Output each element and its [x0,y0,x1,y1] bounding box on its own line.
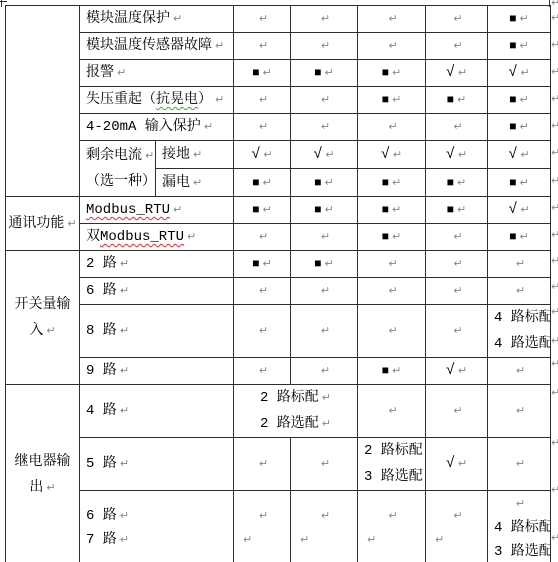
matrix-cell[interactable]: ↵ [291,278,358,305]
row-end-mark-icon: ↵ [551,357,558,371]
paragraph-mark-icon: ↵ [519,87,528,113]
paragraph-mark-icon: ↵ [243,528,252,552]
matrix-cell[interactable]: ↵ [488,278,551,305]
label-text: 4 路 [86,398,117,424]
label-text: 4 路选配 [494,331,551,357]
paragraph-mark-icon: ↵ [193,142,202,168]
filled-square-icon: ■ [314,204,321,216]
check-mark-icon: √ [446,451,455,477]
label-text: 接地 [162,142,190,168]
paragraph-mark-icon: ↵ [516,451,525,477]
feature-cell-leakage[interactable]: 漏电↵ [156,169,234,197]
matrix-cell[interactable]: ↵ [426,6,488,33]
matrix-cell[interactable]: ↵ [358,114,426,141]
matrix-cell[interactable]: ↵ [234,224,291,251]
paragraph-mark-icon: ↵ [145,143,154,169]
section-cell-switch-input[interactable]: 开关量输入↵ [6,251,80,385]
paragraph-mark-icon: ↵ [453,6,462,32]
paragraph-mark-icon: ↵ [173,6,182,32]
matrix-cell[interactable]: ↵ [426,224,488,251]
matrix-cell[interactable]: ↵ [234,33,291,60]
matrix-cell[interactable]: ■↵ [291,251,358,278]
paragraph-mark-icon: ↵ [516,398,525,424]
paragraph-mark-icon: ↵ [259,504,268,528]
matrix-cell[interactable]: ↵ [291,305,358,358]
label-text: 漏电 [162,170,190,196]
matrix-cell[interactable]: √↵ [488,60,551,87]
paragraph-mark-icon: ↵ [120,278,129,304]
matrix-cell[interactable]: ↵ [291,33,358,60]
paragraph-mark-icon: ↵ [392,170,401,196]
matrix-cell[interactable]: ↵ [358,251,426,278]
paragraph-mark-icon: ↵ [300,528,309,552]
feature-cell-alarm[interactable]: 报警↵ [80,60,234,87]
paragraph-mark-icon: ↵ [120,398,129,424]
paragraph-mark-icon: ↵ [321,33,330,59]
feature-cell-modbus-rtu[interactable]: Modbus_RTU↵ [80,197,234,224]
paragraph-mark-icon: ↵ [520,60,529,86]
label-text: 开关量输 [15,292,71,318]
paragraph-mark-icon: ↵ [173,197,182,223]
paragraph-mark-icon: ↵ [46,318,55,344]
paragraph-mark-icon: ↵ [392,197,401,223]
paragraph-mark-icon: ↵ [321,114,330,140]
paragraph-mark-icon: ↵ [321,451,330,477]
matrix-cell[interactable]: ■↵ [358,197,426,224]
row-end-mark-icon: ↵ [551,436,558,450]
paragraph-mark-icon: ↵ [453,504,462,528]
matrix-cell[interactable]: ↵ [291,6,358,33]
feature-comparison-table: 模块温度保护↵ ↵ ↵ ↵ ↵ ■↵ 模块温度传感器故障↵ ↵ ↵ ↵ ↵ ■↵… [5,5,551,562]
matrix-cell[interactable]: √↵ [426,438,488,491]
filled-square-icon: ■ [509,94,516,106]
matrix-cell[interactable]: √↵ [426,141,488,169]
paragraph-mark-icon: ↵ [259,114,268,140]
crop-artifact [0,1,7,2]
row-end-mark-icon: ↵ [551,305,558,319]
label-text: 3 路选配 [364,464,423,490]
matrix-cell[interactable]: ↵↵ [234,491,291,562]
paragraph-mark-icon: ↵ [457,87,466,113]
paragraph-mark-icon: ↵ [324,170,333,196]
label-text: 入 [29,318,43,344]
filled-square-icon: ■ [252,204,259,216]
paragraph-mark-icon: ↵ [458,60,467,86]
paragraph-mark-icon: ↵ [321,318,330,344]
matrix-cell[interactable]: √↵ [426,60,488,87]
matrix-cell[interactable]: ↵ [358,6,426,33]
filled-square-icon: ■ [509,13,516,25]
filled-square-icon: ■ [509,40,516,52]
row-end-mark-icon: ↵ [551,228,558,242]
paragraph-mark-icon: ↵ [46,475,55,501]
matrix-cell[interactable]: ↵ [358,278,426,305]
filled-square-icon: ■ [314,67,321,79]
check-mark-icon: √ [508,197,517,223]
paragraph-mark-icon: ↵ [215,33,224,59]
feature-cell-di-2ch[interactable]: 2 路↵ [80,251,234,278]
row-end-mark-icon: ↵ [551,174,558,188]
feature-cell-voltage-loss-restart[interactable]: 失压重起（抗晃电）↵ [80,87,234,114]
matrix-cell[interactable]: ■↵ [291,60,358,87]
filled-square-icon: ■ [252,258,259,270]
matrix-cell[interactable]: ↵ [291,224,358,251]
misspelled-text: Modbus_RTU [100,224,184,250]
feature-cell-dual-modbus-rtu[interactable]: 双 Modbus_RTU↵ [80,224,234,251]
label-text: 2 路标配 [364,438,423,464]
row-end-mark-icon: ↵ [551,92,558,106]
paragraph-mark-icon: ↵ [458,451,467,477]
paragraph-mark-icon: ↵ [262,60,271,86]
paragraph-mark-icon: ↵ [259,451,268,477]
paragraph-mark-icon: ↵ [519,6,528,32]
paragraph-mark-icon: ↵ [259,358,268,384]
matrix-cell[interactable]: √↵ [488,197,551,224]
paragraph-mark-icon: ↵ [388,114,397,140]
matrix-cell[interactable]: ↵ [358,385,426,438]
paragraph-mark-icon: ↵ [516,251,525,277]
feature-cell-module-temp-sensor-fault[interactable]: 模块温度传感器故障↵ [80,33,234,60]
matrix-cell[interactable]: ↵ [234,438,291,491]
paragraph-mark-icon: ↵ [392,358,401,384]
paragraph-mark-icon: ↵ [453,33,462,59]
matrix-cell[interactable]: ↵ [358,33,426,60]
matrix-cell[interactable]: ■↵ [234,169,291,197]
filled-square-icon: ■ [314,177,321,189]
paragraph-mark-icon: ↵ [187,224,196,250]
row-end-mark-icon: ↵ [551,201,558,215]
label-text: 9 路 [86,358,117,384]
matrix-cell[interactable]: ■↵ [358,60,426,87]
matrix-cell[interactable]: ↵ [291,87,358,114]
matrix-cell[interactable]: ■↵ [488,114,551,141]
filled-square-icon: ■ [382,67,389,79]
section-cell-communication[interactable]: 通讯功能↵ [6,197,80,251]
paragraph-mark-icon: ↵ [453,114,462,140]
check-mark-icon: √ [313,142,322,168]
paragraph-mark-icon: ↵ [392,224,401,250]
paragraph-mark-icon: ↵ [519,224,528,250]
matrix-cell[interactable]: ↵ [234,278,291,305]
paragraph-mark-icon: ↵ [388,278,397,304]
label-text: 继电器输 [15,449,71,475]
matrix-cell[interactable]: ■↵ [358,358,426,385]
matrix-cell[interactable]: ↵↵ [358,491,426,562]
paragraph-mark-icon: ↵ [435,528,444,552]
matrix-cell[interactable]: ↵ [488,385,551,438]
paragraph-mark-icon: ↵ [324,197,333,223]
filled-square-icon: ■ [382,204,389,216]
filled-square-icon: ■ [509,121,516,133]
paragraph-mark-icon: ↵ [388,33,397,59]
filled-square-icon: ■ [252,67,259,79]
paragraph-mark-icon: ↵ [324,251,333,277]
paragraph-mark-icon: ↵ [262,170,271,196]
paragraph-mark-icon: ↵ [321,504,330,528]
filled-square-icon: ■ [509,177,516,189]
matrix-cell[interactable]: ↵ [234,114,291,141]
paragraph-mark-icon: ↵ [367,528,376,552]
matrix-cell[interactable]: ■↵ [426,169,488,197]
paragraph-mark-icon: ↵ [388,251,397,277]
matrix-cell[interactable]: ↵ [291,114,358,141]
paragraph-mark-icon: ↵ [259,318,268,344]
paragraph-mark-icon: ↵ [393,142,402,168]
label-text: 模块温度保护 [86,6,170,32]
matrix-cell[interactable]: ↵4 路标配↵3 路选配↵ [488,491,551,562]
paragraph-mark-icon: ↵ [516,492,525,516]
matrix-cell[interactable]: ■↵ [488,87,551,114]
check-mark-icon: √ [446,142,455,168]
matrix-cell[interactable]: ■↵ [358,87,426,114]
paragraph-mark-icon: ↵ [388,398,397,424]
row-end-mark-icon: ↵ [551,0,558,10]
paragraph-mark-icon: ↵ [458,358,467,384]
feature-cell-4-20ma-input-protection[interactable]: 4-20mA 输入保护↵ [80,114,234,141]
label-text: 4 路标配 [494,516,551,540]
feature-cell-di-9ch[interactable]: 9 路↵ [80,358,234,385]
label-text: 3 路选配 [494,540,551,562]
paragraph-mark-icon: ↵ [259,278,268,304]
filled-square-icon: ■ [447,177,454,189]
paragraph-mark-icon: ↵ [204,114,213,140]
label-text: 失压重起（ [86,87,156,113]
feature-cell-residual-current-type[interactable]: 剩余电流↵（选一种）↵ [80,141,156,197]
check-mark-icon: √ [251,142,260,168]
matrix-cell[interactable]: ↵ [234,6,291,33]
matrix-cell[interactable]: ■↵ [488,33,551,60]
matrix-cell[interactable]: √↵ [488,141,551,169]
paragraph-mark-icon: ↵ [321,6,330,32]
matrix-cell[interactable]: √↵ [234,141,291,169]
feature-cell-di-6ch[interactable]: 6 路↵ [80,278,234,305]
label-text: 6 路 [86,504,117,528]
paragraph-mark-icon: ↵ [453,318,462,344]
filled-square-icon: ■ [252,177,259,189]
paragraph-mark-icon: ↵ [392,87,401,113]
row-end-mark-icon: ↵ [551,11,558,25]
label-text: 2 路选配 [260,411,319,437]
paragraph-mark-icon: ↵ [453,278,462,304]
paragraph-mark-icon: ↵ [453,398,462,424]
matrix-cell[interactable]: ↵ [426,251,488,278]
matrix-cell[interactable]: ↵↵ [291,491,358,562]
matrix-cell[interactable]: ↵ [426,385,488,438]
matrix-cell[interactable]: ↵ [426,114,488,141]
label-text: 5 路 [86,451,117,477]
matrix-cell[interactable]: ■↵ [488,224,551,251]
check-mark-icon: √ [508,60,517,86]
paragraph-mark-icon: ↵ [325,142,334,168]
filled-square-icon: ■ [382,177,389,189]
row-end-mark-icon: ↵ [551,483,558,497]
feature-cell-relay-5ch[interactable]: 5 路↵ [80,438,234,491]
label-text: 通讯功能 [8,211,64,237]
check-mark-icon: √ [508,142,517,168]
label-text: （选一种） [86,169,156,195]
misspelled-text: 抗晃电 [156,87,198,113]
paragraph-mark-icon: ↵ [516,358,525,384]
matrix-cell[interactable]: ↵ [426,278,488,305]
matrix-cell[interactable]: ■↵ [488,169,551,197]
matrix-cell[interactable]: 4 路标配↵4 路选配↵ [488,305,551,358]
check-mark-icon: √ [446,358,455,384]
matrix-cell[interactable]: ↵ [488,438,551,491]
paragraph-mark-icon: ↵ [321,278,330,304]
paragraph-mark-icon: ↵ [120,318,129,344]
matrix-cell[interactable]: ↵ [488,358,551,385]
label-text: 剩余电流 [86,143,142,169]
matrix-cell[interactable]: √↵ [358,141,426,169]
filled-square-icon: ■ [382,94,389,106]
matrix-cell[interactable]: √↵ [291,141,358,169]
paragraph-mark-icon: ↵ [262,197,271,223]
filled-square-icon: ■ [447,204,454,216]
row-end-mark-icon: ↵ [551,254,558,268]
matrix-cell[interactable]: 2 路标配↵2 路选配↵ [234,385,358,438]
matrix-cell[interactable]: √↵ [426,358,488,385]
paragraph-mark-icon: ↵ [259,224,268,250]
paragraph-mark-icon: ↵ [193,170,202,196]
matrix-cell[interactable]: ■↵ [291,169,358,197]
paragraph-mark-icon: ↵ [120,451,129,477]
feature-cell-di-8ch[interactable]: 8 路↵ [80,305,234,358]
matrix-cell[interactable]: ↵ [234,358,291,385]
row-end-mark-icon: ↵ [551,531,558,545]
label-text: 出 [29,475,43,501]
matrix-cell[interactable]: ■↵ [234,251,291,278]
matrix-cell[interactable]: ■↵ [234,197,291,224]
row-end-mark-icon: ↵ [551,38,558,52]
feature-cell-relay-4ch[interactable]: 4 路↵ [80,385,234,438]
matrix-cell[interactable]: ↵ [488,251,551,278]
matrix-cell[interactable]: ↵ [291,438,358,491]
check-mark-icon: √ [381,142,390,168]
row-end-mark-icon: ↵ [551,119,558,133]
paragraph-mark-icon: ↵ [321,224,330,250]
paragraph-mark-icon: ↵ [117,60,126,86]
matrix-cell[interactable]: ↵ [358,305,426,358]
filled-square-icon: ■ [447,94,454,106]
filled-square-icon: ■ [382,365,389,377]
paragraph-mark-icon: ↵ [520,197,529,223]
paragraph-mark-icon: ↵ [259,6,268,32]
paragraph-mark-icon: ↵ [322,411,331,437]
matrix-cell[interactable]: ■↵ [426,197,488,224]
paragraph-mark-icon: ↵ [120,504,129,528]
paragraph-mark-icon: ↵ [120,528,129,552]
label-text: 4 路标配 [494,305,551,331]
paragraph-mark-icon: ↵ [388,504,397,528]
paragraph-mark-icon: ↵ [259,33,268,59]
matrix-cell[interactable]: ■↵ [234,60,291,87]
label-text: 2 路 [86,251,117,277]
paragraph-mark-icon: ↵ [453,251,462,277]
label-text: 报警 [86,60,114,86]
label-text: 6 路 [86,278,117,304]
paragraph-mark-icon: ↵ [453,224,462,250]
paragraph-mark-icon: ↵ [259,87,268,113]
paragraph-mark-icon: ↵ [520,142,529,168]
paragraph-mark-icon: ↵ [519,114,528,140]
row-end-mark-icon: ↵ [551,334,558,348]
paragraph-mark-icon: ↵ [457,197,466,223]
paragraph-mark-icon: ↵ [458,142,467,168]
paragraph-mark-icon: ↵ [67,211,76,237]
label-text: 4-20mA 输入保护 [86,114,201,140]
feature-cell-earthing[interactable]: 接地↵ [156,141,234,169]
row-end-mark-icon: ↵ [551,146,558,160]
matrix-cell[interactable]: ■↵ [358,224,426,251]
label-text: 2 路标配 [260,385,319,411]
document-page: 模块温度保护↵ ↵ ↵ ↵ ↵ ■↵ 模块温度传感器故障↵ ↵ ↵ ↵ ↵ ■↵… [0,0,558,562]
label-text: ） [198,87,212,113]
matrix-cell[interactable]: ↵ [291,358,358,385]
paragraph-mark-icon: ↵ [215,87,224,113]
filled-square-icon: ■ [382,231,389,243]
paragraph-mark-icon: ↵ [392,60,401,86]
row-end-mark-icon: ↵ [551,65,558,79]
feature-cell-module-temp-protection[interactable]: 模块温度保护↵ [80,6,234,33]
filled-square-icon: ■ [509,231,516,243]
paragraph-mark-icon: ↵ [388,6,397,32]
paragraph-mark-icon: ↵ [519,170,528,196]
paragraph-mark-icon: ↵ [321,87,330,113]
paragraph-mark-icon: ↵ [324,60,333,86]
label-text: 模块温度传感器故障 [86,33,212,59]
check-mark-icon: √ [446,60,455,86]
row-end-mark-icon: ↵ [551,280,558,294]
filled-square-icon: ■ [314,258,321,270]
label-text: 7 路 [86,528,117,552]
paragraph-mark-icon: ↵ [457,170,466,196]
paragraph-mark-icon: ↵ [120,251,129,277]
matrix-cell[interactable]: ↵ [234,305,291,358]
feature-cell-relay-6ch-7ch[interactable]: 6 路↵7 路↵ [80,491,234,562]
matrix-cell[interactable]: ■↵ [358,169,426,197]
paragraph-mark-icon: ↵ [388,318,397,344]
paragraph-mark-icon: ↵ [120,358,129,384]
matrix-cell[interactable]: ↵ [234,87,291,114]
section-cell-protection-continued[interactable] [6,6,80,197]
paragraph-mark-icon: ↵ [516,278,525,304]
matrix-cell[interactable]: ↵↵ [426,491,488,562]
section-cell-relay-output[interactable]: 继电器输出↵ [6,385,80,562]
matrix-cell[interactable]: ■↵ [426,87,488,114]
paragraph-mark-icon: ↵ [263,142,272,168]
paragraph-mark-icon: ↵ [321,358,330,384]
matrix-cell[interactable]: ↵ [426,33,488,60]
label-text: 8 路 [86,318,117,344]
matrix-cell[interactable]: ↵ [426,305,488,358]
misspelled-text: Modbus_RTU [86,197,170,223]
paragraph-mark-icon: ↵ [262,251,271,277]
label-text: 双 [86,224,100,250]
paragraph-mark-icon: ↵ [519,33,528,59]
row-end-mark-icon: ↵ [551,386,558,400]
matrix-cell[interactable]: ■↵ [291,197,358,224]
matrix-cell[interactable]: ■↵ [488,6,551,33]
paragraph-mark-icon: ↵ [322,385,331,411]
matrix-cell[interactable]: 2 路标配↵3 路选配↵ [358,438,426,491]
